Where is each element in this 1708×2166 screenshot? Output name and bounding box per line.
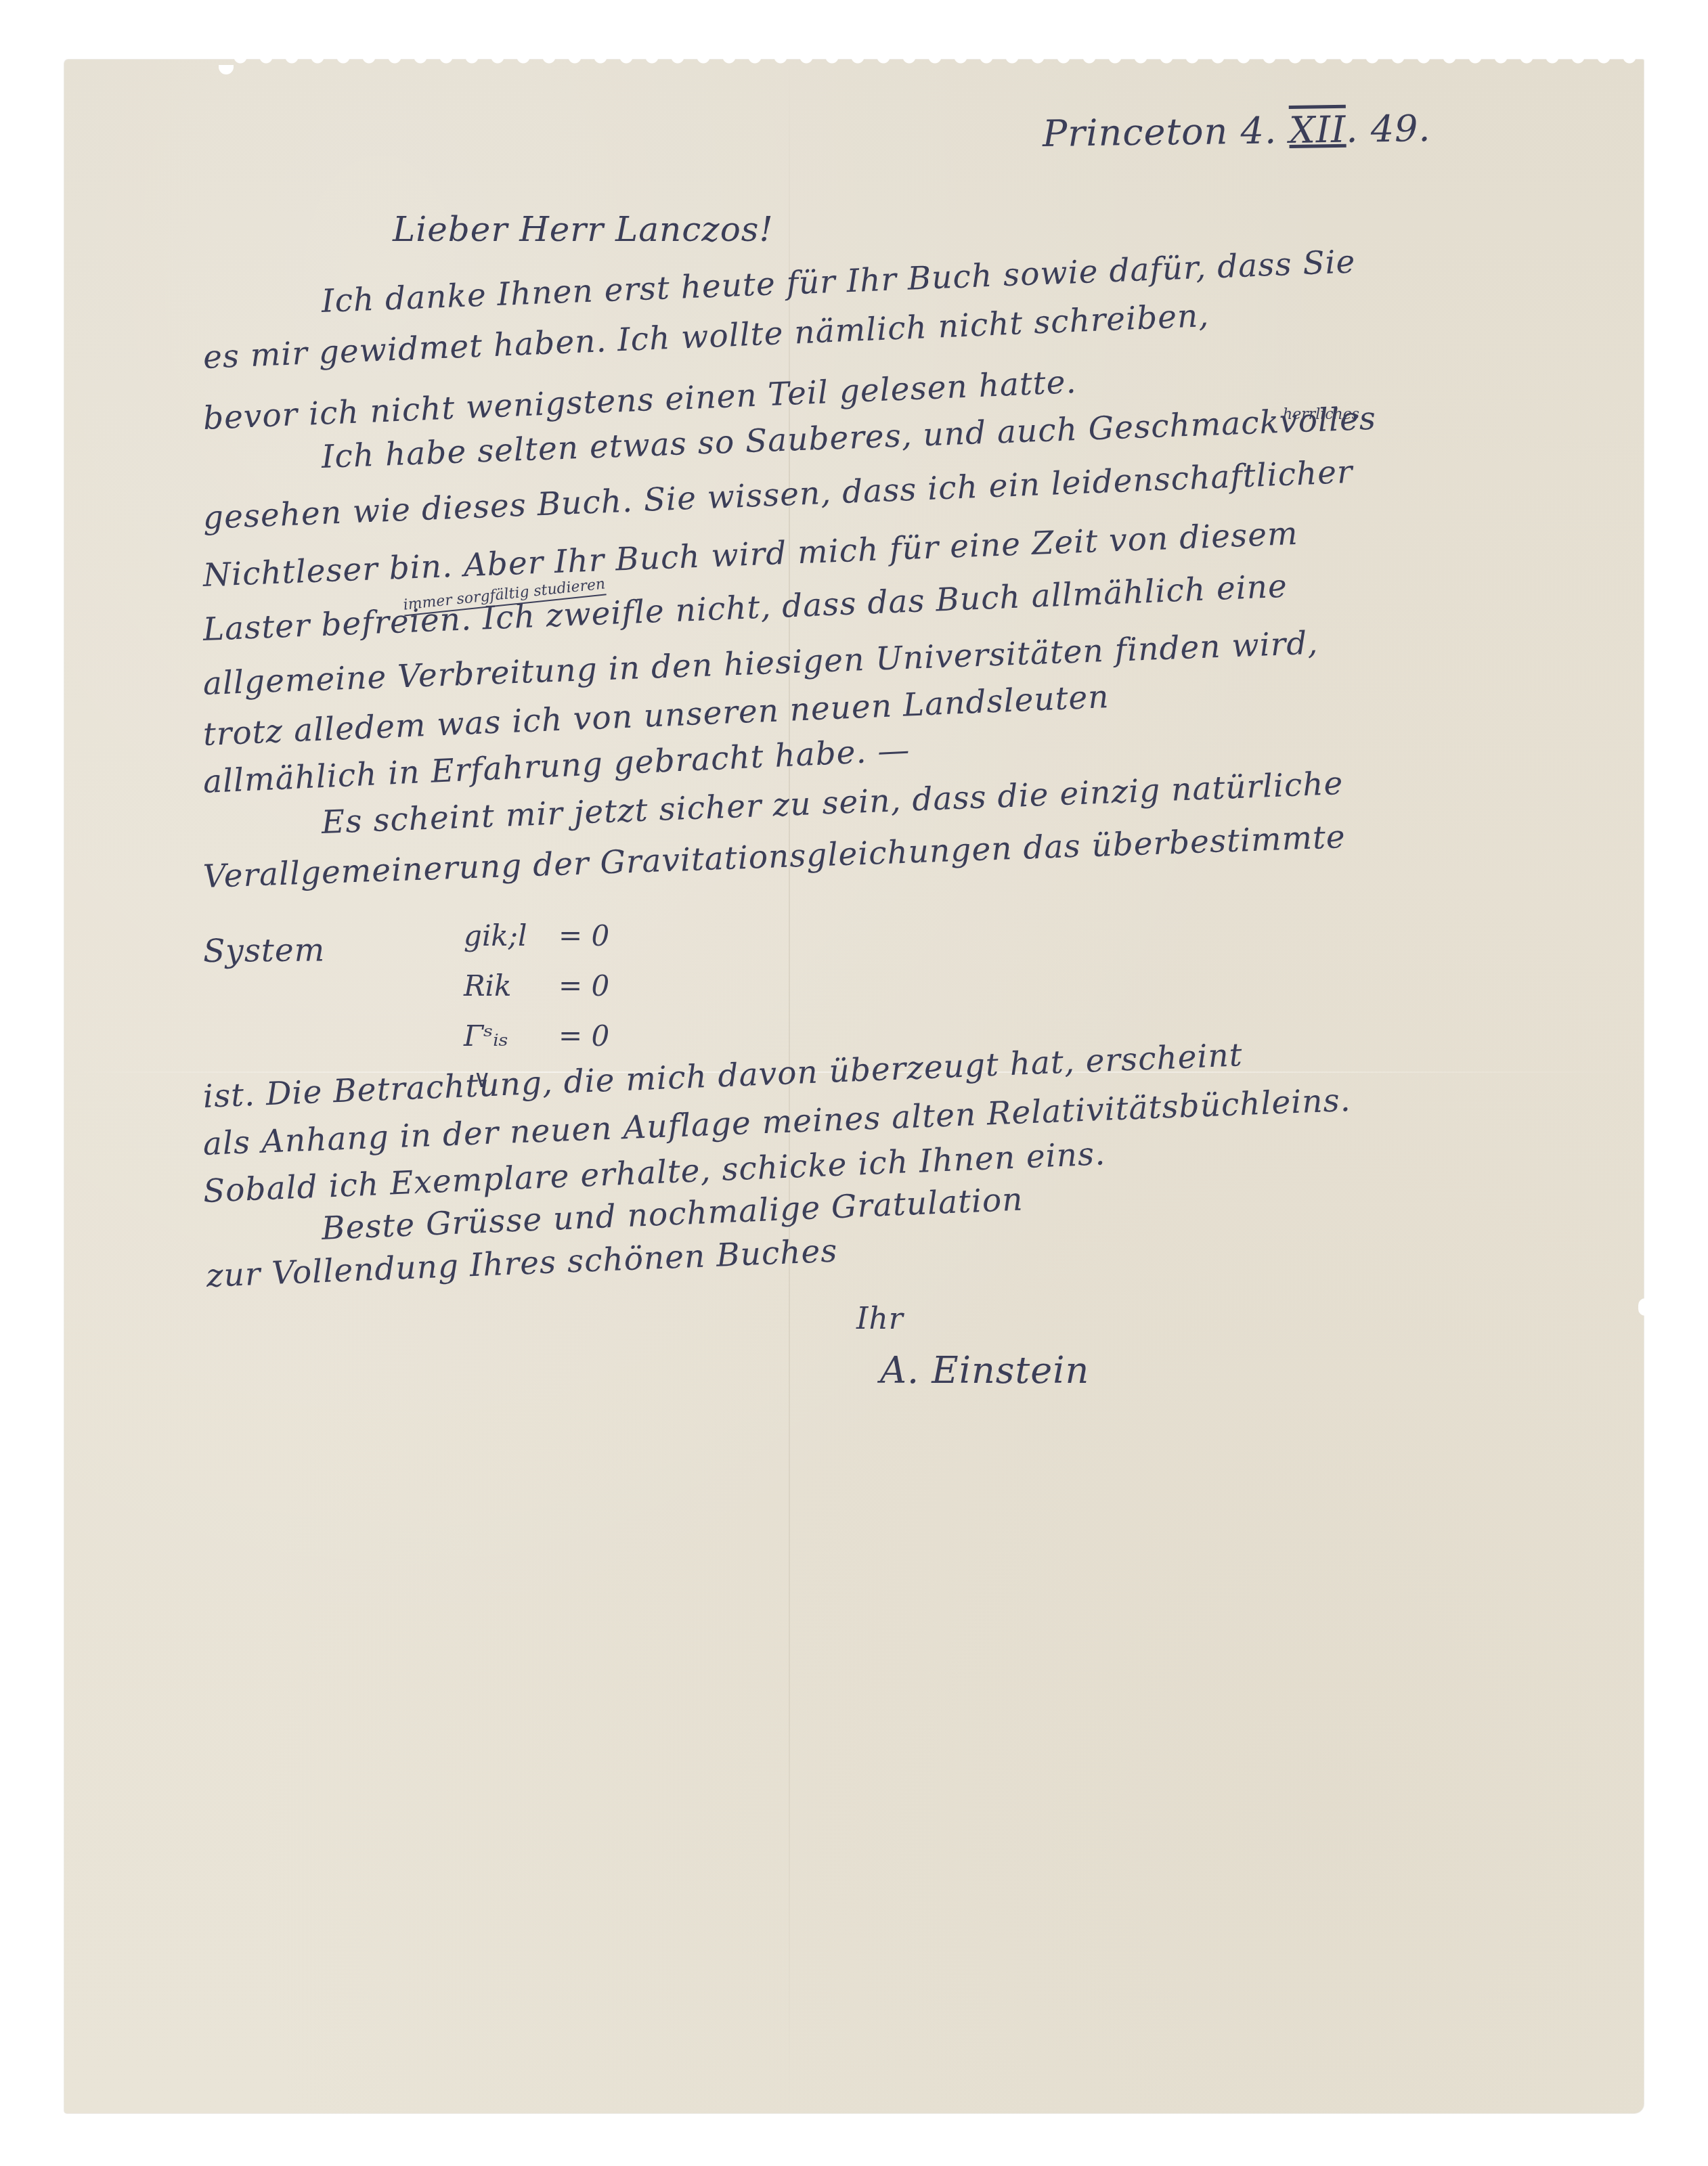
torn-top-edge (234, 57, 1644, 69)
date-day: 4. (1240, 109, 1277, 152)
salutation: Lieber Herr Lanczos! (393, 210, 773, 249)
closing-line: zur Vollendung Ihres schönen Buches (206, 1233, 838, 1295)
body-line-system: System (203, 931, 326, 970)
place-date: Princeton 4. XII. 49. (1043, 107, 1431, 155)
equation-lhs: Rik (464, 969, 559, 1002)
equation-rhs: = 0 (559, 919, 613, 952)
equation-rhs: = 0 (559, 969, 613, 1002)
paper-notch-top (219, 65, 234, 74)
equation-torsion: Γˢᵢₛ = 0 (464, 1019, 613, 1069)
date-month: XII (1289, 108, 1346, 152)
signature: A. Einstein (880, 1349, 1089, 1392)
closing-ihr: Ihr (856, 1302, 904, 1336)
place: Princeton (1043, 110, 1229, 155)
date-year: . 49. (1346, 107, 1431, 151)
equation-metric: gik;l = 0 (464, 919, 613, 969)
equation-lhs: Γˢᵢₛ (464, 1019, 559, 1053)
equation-lhs: gik;l (464, 919, 559, 952)
paper-notch-right (1638, 1298, 1645, 1316)
equation-rhs: = 0 (559, 1019, 613, 1053)
equation-ricci: Rik = 0 (464, 969, 613, 1019)
letter-paper: Princeton 4. XII. 49. Lieber Herr Lanczo… (64, 60, 1644, 2113)
